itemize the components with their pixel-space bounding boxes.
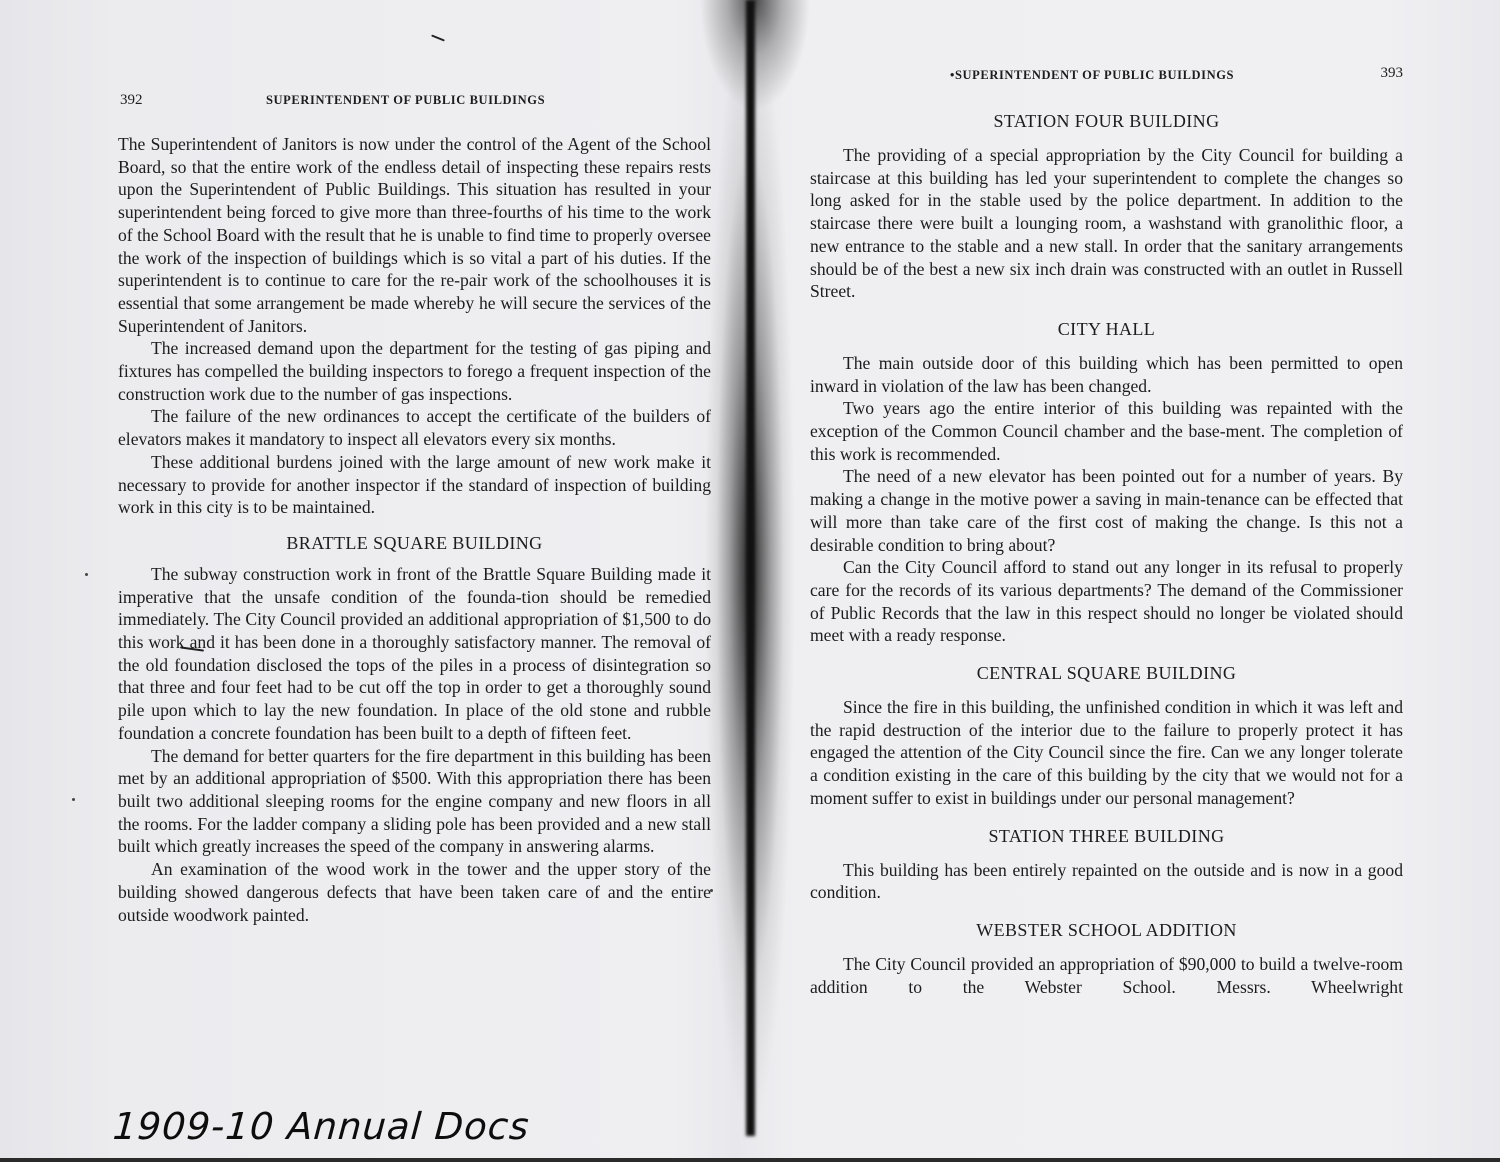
left-page-body: The Superintendent of Janitors is now un… [118, 133, 711, 926]
paragraph: The Superintendent of Janitors is now un… [118, 133, 711, 337]
running-head-title: SUPERINTENDENT OF PUBLIC BUILDINGS [266, 93, 545, 108]
paragraph: The providing of a special appropriation… [810, 144, 1403, 303]
scan-speck [85, 573, 88, 576]
paragraph: These additional burdens joined with the… [118, 451, 711, 519]
paragraph: An examination of the wood work in the t… [118, 858, 711, 926]
section-heading: BRATTLE SQUARE BUILDING [118, 532, 711, 554]
section-heading: STATION FOUR BUILDING [810, 110, 1403, 132]
handwritten-annotation: 1909-10 Annual Docs [111, 1105, 530, 1148]
paragraph: The increased demand upon the department… [118, 337, 711, 405]
paragraph: Since the fire in this building, the unf… [810, 696, 1403, 810]
scan-bottom-edge [0, 1158, 1500, 1162]
running-head-title: •SUPERINTENDENT OF PUBLIC BUILDINGS [950, 68, 1234, 83]
book-gutter-top-shadow [700, 0, 810, 110]
scan-speck [72, 798, 75, 801]
paragraph: The failure of the new ordinances to acc… [118, 405, 711, 450]
paragraph: The need of a new elevator has been poin… [810, 465, 1403, 556]
paragraph: The main outside door of this building w… [810, 352, 1403, 397]
paragraph: Two years ago the entire interior of thi… [810, 397, 1403, 465]
right-page-body: STATION FOUR BUILDING The providing of a… [810, 108, 1403, 998]
section-heading: STATION THREE BUILDING [810, 825, 1403, 847]
book-spine-line [746, 0, 755, 1136]
paragraph: The subway construction work in front of… [118, 563, 711, 745]
running-head: •SUPERINTENDENT OF PUBLIC BUILDINGS 393 [810, 66, 1403, 86]
section-heading: CENTRAL SQUARE BUILDING [810, 662, 1403, 684]
section-heading: WEBSTER SCHOOL ADDITION [810, 919, 1403, 941]
page-number: 393 [1381, 65, 1404, 82]
page-number: 392 [120, 92, 143, 109]
paragraph: This building has been entirely repainte… [810, 859, 1403, 904]
paragraph: The demand for better quarters for the f… [118, 745, 711, 859]
paragraph: Can the City Council afford to stand out… [810, 556, 1403, 647]
running-head: 392 SUPERINTENDENT OF PUBLIC BUILDINGS [118, 92, 711, 112]
paragraph: The City Council provided an appropriati… [810, 953, 1403, 998]
section-heading: CITY HALL [810, 318, 1403, 340]
